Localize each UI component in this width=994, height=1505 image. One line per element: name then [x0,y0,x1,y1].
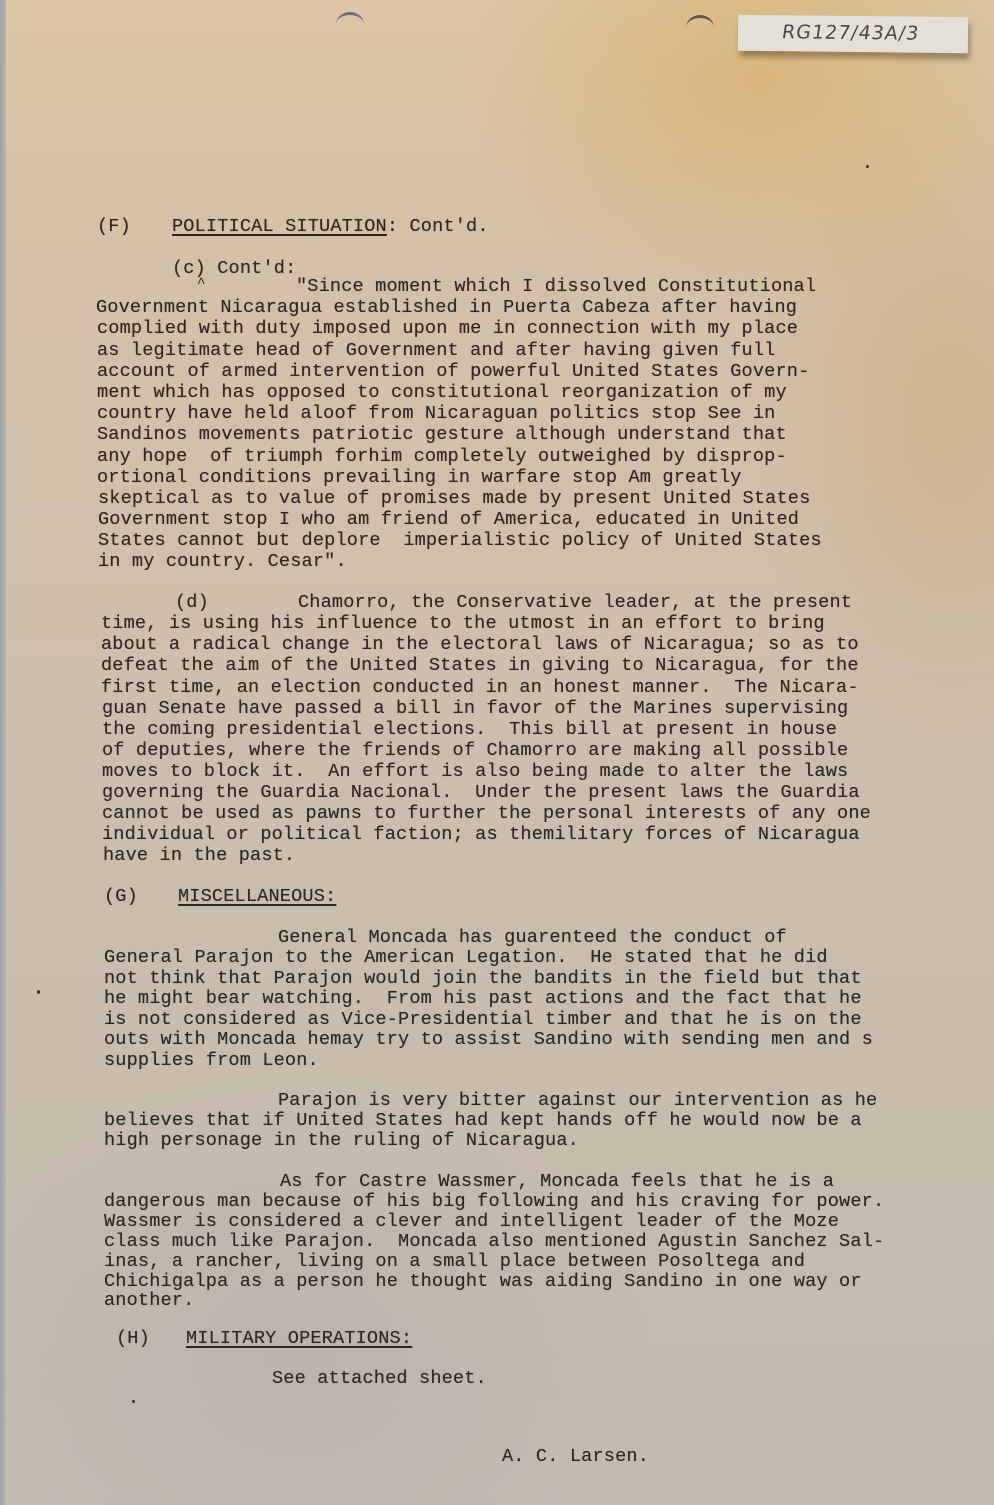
subsection-d-line: the coming presidential elections. This … [102,719,837,740]
subsection-d-line: moves to block it. An effort is also bei… [102,761,848,782]
paragraph-line: is not considered as Vice-Presidential t… [104,1009,862,1030]
paragraph-line: class much like Parajon. Moncada also me… [104,1231,884,1252]
signature: A. C. Larsen. [502,1446,649,1467]
insertion-caret-mark: ^ [197,276,205,292]
section-f-heading: POLITICAL SITUATION [172,216,387,237]
paragraph-line: another. [104,1290,194,1311]
paragraph-line: Wassmer is considered a clever and intel… [104,1211,839,1232]
subsection-d-line: defeat the aim of the United States in g… [101,655,859,676]
subsection-d-line: of deputies, where the friends of Chamor… [102,740,848,761]
quote-line: country have held aloof from Nicaraguan … [97,403,775,424]
subsection-d-line: Chamorro, the Conservative leader, at th… [298,592,852,613]
section-h-label: (H) [116,1328,150,1349]
subsection-d-line: have in the past. [103,845,295,866]
section-g-label: (G) [104,886,138,907]
paragraph-line: General Parajon to the American Legation… [104,947,828,968]
paragraph-line: supplies from Leon. [104,1050,319,1071]
section-h-heading: MILITARY OPERATIONS: [186,1328,412,1349]
subsection-d-line: governing the Guardia Nacional. Under th… [102,782,860,803]
quote-line: ment which has opposed to constitutional… [97,382,787,403]
paragraph-line: high personage in the ruling of Nicaragu… [104,1130,579,1151]
paragraph-line: dangerous man because of his big followi… [104,1191,884,1212]
subsection-d-line: guan Senate have passed a bill in favor … [102,698,848,719]
section-h-body: See attached sheet. [272,1368,487,1389]
subsection-d-label: (d) [175,592,209,613]
quote-line: in my country. Cesar". [98,551,347,572]
paragraph-line: Parajon is very bitter against our inter… [278,1090,877,1111]
paragraph-line: Chichigalpa as a person he thought was a… [104,1271,862,1292]
subsection-d-line: time, is using his influence to the utmo… [101,613,825,634]
paragraph-line: outs with Moncada hemay try to assist Sa… [104,1029,873,1050]
typed-document: (F) POLITICAL SITUATION: Cont'd. (c) Con… [0,0,994,1505]
paragraph-line: believes that if United States had kept … [104,1110,862,1131]
section-f-label: (F) [97,216,131,237]
paragraph-line: General Moncada has guarenteed the condu… [278,927,787,948]
subsection-d-line: first time, an election conducted in an … [101,677,859,698]
quote-line: States cannot but deplore imperialistic … [98,530,822,551]
quote-line: "Since moment which I dissolved Constitu… [296,276,816,297]
subsection-d-line: about a radical change in the electoral … [101,634,859,655]
quote-line: Government Nicaragua established in Puer… [96,297,797,318]
quote-line: Sandinos movements patriotic gesture alt… [97,424,787,445]
section-f-heading-suffix: : Cont'd. [387,216,489,237]
subsection-d-line: individual or political faction; as them… [102,824,860,845]
subsection-c-label: (c) Cont'd: [172,258,296,279]
section-f-heading-row: POLITICAL SITUATION: Cont'd. [172,216,489,237]
quote-line: skeptical as to value of promises made b… [98,488,810,509]
quote-line: complied with duty imposed upon me in co… [97,318,798,339]
paragraph-line: he might bear watching. From his past ac… [104,988,862,1009]
quote-line: ortional conditions prevailing in warfar… [97,467,742,488]
quote-line: as legitimate head of Government and aft… [97,340,775,361]
paragraph-line: As for Castre Wassmer, Moncada feels tha… [280,1171,834,1192]
quote-line: account of armed intervention of powerfu… [97,361,809,382]
quote-line: Government stop I who am friend of Ameri… [98,509,799,530]
section-g-heading: MISCELLANEOUS: [178,886,336,907]
paragraph-line: inas, a rancher, living on a small place… [104,1251,805,1272]
subsection-d-line: cannot be used as pawns to further the p… [102,803,871,824]
quote-line: any hope of triumph forhim completely ou… [97,446,787,467]
paragraph-line: not think that Parajon would join the ba… [104,968,862,989]
